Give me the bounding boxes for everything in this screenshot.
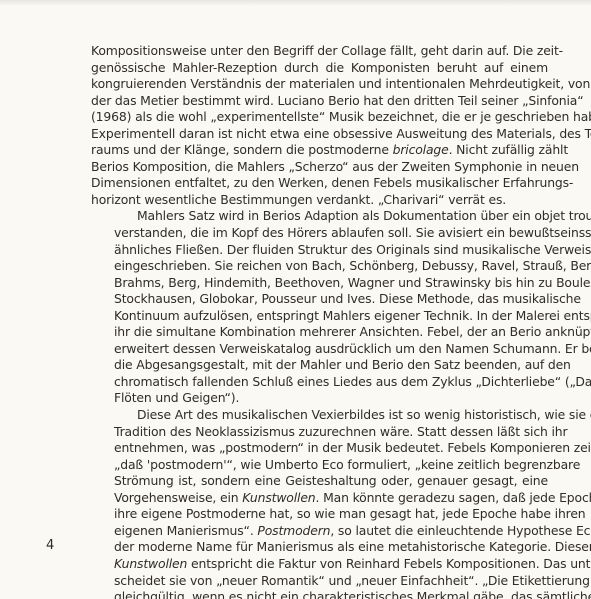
text-line: Kontinuum aufzulösen, entspringt Mahlers…: [91, 308, 548, 325]
text-line: „daß 'postmodern'“, wie Umberto Eco form…: [91, 457, 548, 474]
page-number: 4: [46, 538, 54, 553]
page-top-edge-shadow: [0, 0, 591, 6]
text-line: Brahms, Berg, Hindemith, Beethoven, Wagn…: [91, 275, 548, 292]
text-line: chromatisch fallenden Schluß eines Liede…: [91, 374, 548, 391]
text-line: Tradition des Neoklassizismus zuzurechne…: [91, 424, 548, 441]
text-line: Kompositionsweise unter den Begriff der …: [91, 43, 548, 60]
paragraph-2: Mahlers Satz wird in Berios Adaption als…: [91, 208, 548, 407]
text-line: der das Metier bestimmt wird. Luciano Be…: [91, 93, 548, 110]
text-line: raums und der Klänge, sondern die postmo…: [91, 142, 548, 159]
text-line: erweitert dessen Verweiskatalog ausdrück…: [91, 341, 548, 358]
text-line: Flöten und Geigen“).: [91, 390, 548, 407]
text-line: verstanden, die im Kopf des Hörers ablau…: [91, 225, 548, 242]
text-line: ihr die simultane Kombination mehrerer A…: [91, 324, 548, 341]
text-line: der moderne Name für Manierismus als ein…: [91, 539, 548, 556]
text-line: ähnliches Fließen. Der fluiden Struktur …: [91, 242, 548, 259]
text-line: ihre eigene Postmoderne hat, so wie man …: [91, 506, 548, 523]
paragraph-3: Diese Art des musikalischen Vexierbildes…: [91, 407, 548, 599]
text-line: Experimentell daran ist nicht etwa eine …: [91, 126, 548, 143]
text-line: kongruierenden Verständnis der materiale…: [91, 76, 548, 93]
text-line: Mahlers Satz wird in Berios Adaption als…: [91, 208, 548, 225]
text-line: Stockhausen, Globokar, Pousseur und Ives…: [91, 291, 548, 308]
text-line: Dimensionen entfaltet, zu den Werken, de…: [91, 175, 548, 192]
text-line: scheidet sie von „neuer Romantik“ und „n…: [91, 573, 548, 590]
text-line: (1968) als die wohl „experimentellste“ M…: [91, 109, 548, 126]
text-line: Diese Art des musikalischen Vexierbildes…: [91, 407, 548, 424]
text-line: Berios Komposition, die Mahlers „Scherzo…: [91, 159, 548, 176]
text-line: eingeschrieben. Sie reichen von Bach, Sc…: [91, 258, 548, 275]
paragraph-1: Kompositionsweise unter den Begriff der …: [91, 43, 548, 208]
text-line: die Abgesangsgestalt, mit der Mahler und…: [91, 357, 548, 374]
text-line: Vorgehensweise, ein Kunstwollen. Man kön…: [91, 490, 548, 507]
text-line: gleichgültig, wenn es nicht ein charakte…: [91, 589, 548, 599]
text-line: genössische Mahler-Rezeption durch die K…: [91, 60, 548, 77]
body-text: Kompositionsweise unter den Begriff der …: [91, 43, 548, 599]
text-line: horizont wesentliche Bestimmungen verdan…: [91, 192, 548, 209]
text-line: eigenen Manierismus“. Postmodern, so lau…: [91, 523, 548, 540]
text-line: entnehmen, was „postmodern“ in der Musik…: [91, 440, 548, 457]
text-line: Strömung ist, sondern eine Geisteshaltun…: [91, 473, 548, 490]
text-line: Kunstwollen entspricht die Faktur von Re…: [91, 556, 548, 573]
